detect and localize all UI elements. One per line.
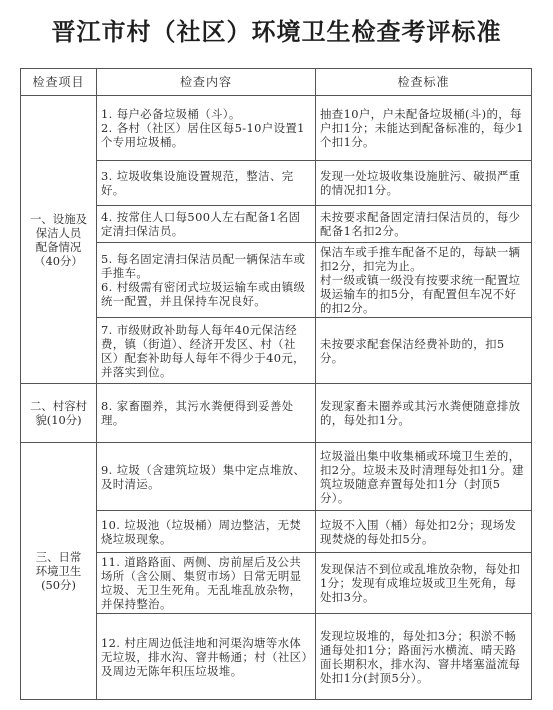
criteria-cell: 发现家畜未圈养或其污水粪便随意排放的，每处扣1分。: [316, 384, 532, 443]
category-cell-village-appearance: 二、村容村 貌(10分): [21, 384, 97, 443]
category-label-line: 一、设施及: [25, 212, 92, 226]
content-text: 11. 道路路面、两侧、房前屋后及公共场所（含公厕、集贸市场）日常无明显垃圾、无…: [101, 555, 311, 611]
criteria-text: 抽查10户，户未配备垃圾桶(斗)的，每户扣1分；未能达到配备标准的，每少1个扣1…: [320, 107, 527, 149]
table-header-row: 检查项目 检查内容 检查标准: [21, 69, 532, 96]
criteria-text: 发现家畜未圈养或其污水粪便随意排放的，每处扣1分。: [320, 399, 527, 427]
table-row: 3. 垃圾收集设施设置规范，整洁、完好。 发现一处垃圾收集设施脏污、破损严重的情…: [21, 161, 532, 206]
content-text: 2. 各村（社区）居住区每5-10户设置1个专用垃圾桶。: [101, 121, 311, 149]
criteria-text: 未按要求配套保洁经费补助的，扣5分。: [320, 337, 527, 365]
table-row: 一、设施及 保洁人员 配备情况 （40分） 1. 每户必备垃圾桶（斗）。 2. …: [21, 96, 532, 161]
criteria-cell: 未按要求配套保洁经费补助的，扣5分。: [316, 318, 532, 384]
content-cell: 8. 家畜圈养，其污水粪便得到妥善处理。: [97, 384, 316, 443]
table-row: 10. 垃圾池（垃圾桶）周边整洁，无焚烧垃圾现象。 垃圾不入围（桶）每处扣2分；…: [21, 511, 532, 553]
content-text: 1. 每户必备垃圾桶（斗）。: [101, 107, 311, 121]
category-label-line: (50分): [25, 578, 92, 592]
content-text: 7. 市级财政补助每人每年40元保洁经费，镇（街道）、经济开发区、村（社区）配套…: [101, 323, 311, 379]
criteria-text: 村一级或镇一级没有按要求统一配置垃圾运输车的扣5分，有配置但车况不好的扣2分。: [320, 273, 527, 315]
criteria-text: 保洁车或手推车配备不足的，每缺一辆扣2分，扣完为止。: [320, 245, 527, 273]
content-cell: 11. 道路路面、两侧、房前屋后及公共场所（含公厕、集贸市场）日常无明显垃圾、无…: [97, 553, 316, 614]
criteria-text: 未按要求配备固定清扫保洁员的，每少配备1名扣2分。: [320, 210, 527, 238]
content-text: 5. 每名固定清扫保洁员配一辆保洁车或手推车。: [101, 252, 311, 280]
category-label-line: 保洁人员: [25, 226, 92, 240]
table-row: 5. 每名固定清扫保洁员配一辆保洁车或手推车。 6. 村级需有密闭式垃圾运输车或…: [21, 243, 532, 318]
content-text: 6. 村级需有密闭式垃圾运输车或由镇级统一配置，并且保持车况良好。: [101, 280, 311, 308]
criteria-text: 发现一处垃圾收集设施脏污、破损严重的情况扣1分。: [320, 169, 527, 197]
header-inspection-criteria: 检查标准: [316, 69, 532, 96]
content-cell: 3. 垃圾收集设施设置规范，整洁、完好。: [97, 161, 316, 206]
content-text: 10. 垃圾池（垃圾桶）周边整洁，无焚烧垃圾现象。: [101, 518, 311, 546]
content-cell: 1. 每户必备垃圾桶（斗）。 2. 各村（社区）居住区每5-10户设置1个专用垃…: [97, 96, 316, 161]
category-cell-daily-sanitation: 三、日常 环境卫生 (50分): [21, 443, 97, 700]
content-cell: 9. 垃圾（含建筑垃圾）集中定点堆放、及时清运。: [97, 443, 316, 511]
table-row: 7. 市级财政补助每人每年40元保洁经费，镇（街道）、经济开发区、村（社区）配套…: [21, 318, 532, 384]
content-cell: 7. 市级财政补助每人每年40元保洁经费，镇（街道）、经济开发区、村（社区）配套…: [97, 318, 316, 384]
criteria-cell: 抽查10户，户未配备垃圾桶(斗)的，每户扣1分；未能达到配备标准的，每少1个扣1…: [316, 96, 532, 161]
content-cell: 5. 每名固定清扫保洁员配一辆保洁车或手推车。 6. 村级需有密闭式垃圾运输车或…: [97, 243, 316, 318]
table-row: 三、日常 环境卫生 (50分) 9. 垃圾（含建筑垃圾）集中定点堆放、及时清运。…: [21, 443, 532, 511]
header-inspection-content: 检查内容: [97, 69, 316, 96]
content-cell: 10. 垃圾池（垃圾桶）周边整洁，无焚烧垃圾现象。: [97, 511, 316, 553]
criteria-cell: 发现保洁不到位或乱堆放杂物，每处扣1分；发现有成堆垃圾或卫生死角，每处扣3分。: [316, 553, 532, 614]
content-text: 3. 垃圾收集设施设置规范，整洁、完好。: [101, 169, 311, 197]
content-text: 8. 家畜圈养，其污水粪便得到妥善处理。: [101, 399, 311, 427]
category-label-line: 配备情况: [25, 240, 92, 254]
table-row: 11. 道路路面、两侧、房前屋后及公共场所（含公厕、集贸市场）日常无明显垃圾、无…: [21, 553, 532, 614]
criteria-cell: 垃圾不入围（桶）每处扣2分；现场发现焚烧的每处扣5分。: [316, 511, 532, 553]
criteria-cell: 发现一处垃圾收集设施脏污、破损严重的情况扣1分。: [316, 161, 532, 206]
content-text: 9. 垃圾（含建筑垃圾）集中定点堆放、及时清运。: [101, 463, 311, 491]
criteria-cell: 保洁车或手推车配备不足的，每缺一辆扣2分，扣完为止。 村一级或镇一级没有按要求统…: [316, 243, 532, 318]
category-label-line: （40分）: [25, 254, 92, 268]
table-row: 12. 村庄周边低洼地和河渠沟塘等水体无垃圾，排水沟、窨井畅通；村（社区）及周边…: [21, 614, 532, 700]
criteria-text: 垃圾溢出集中收集桶或环境卫生差的，扣2分。垃圾未及时清理每处扣1分。建筑垃圾随意…: [320, 449, 527, 505]
content-cell: 4. 按常住人口每500人左右配备1名固定清扫保洁员。: [97, 206, 316, 243]
category-label-line: 二、村容村: [25, 399, 92, 413]
criteria-cell: 发现垃圾堆的，每处扣3分；积淤不畅通每处扣1分；路面污水横流、晴天路面长期积水，…: [316, 614, 532, 700]
table-row: 二、村容村 貌(10分) 8. 家畜圈养，其污水粪便得到妥善处理。 发现家畜未圈…: [21, 384, 532, 443]
criteria-text: 垃圾不入围（桶）每处扣2分；现场发现焚烧的每处扣5分。: [320, 518, 527, 546]
criteria-cell: 垃圾溢出集中收集桶或环境卫生差的，扣2分。垃圾未及时清理每处扣1分。建筑垃圾随意…: [316, 443, 532, 511]
document-title: 晋江市村（社区）环境卫生检查考评标准: [0, 12, 553, 47]
content-text: 4. 按常住人口每500人左右配备1名固定清扫保洁员。: [101, 210, 311, 238]
content-text: 12. 村庄周边低洼地和河渠沟塘等水体无垃圾，排水沟、窨井畅通；村（社区）及周边…: [101, 636, 311, 678]
criteria-text: 发现保洁不到位或乱堆放杂物，每处扣1分；发现有成堆垃圾或卫生死角，每处扣3分。: [320, 562, 527, 604]
content-cell: 12. 村庄周边低洼地和河渠沟塘等水体无垃圾，排水沟、窨井畅通；村（社区）及周边…: [97, 614, 316, 700]
category-label-line: 貌(10分): [25, 413, 92, 427]
table-row: 4. 按常住人口每500人左右配备1名固定清扫保洁员。 未按要求配备固定清扫保洁…: [21, 206, 532, 243]
inspection-standards-table: 检查项目 检查内容 检查标准 一、设施及 保洁人员 配备情况 （40分） 1. …: [20, 68, 532, 700]
category-label-line: 三、日常: [25, 550, 92, 564]
category-cell-facilities: 一、设施及 保洁人员 配备情况 （40分）: [21, 96, 97, 384]
category-label-line: 环境卫生: [25, 564, 92, 578]
header-inspection-item: 检查项目: [21, 69, 97, 96]
criteria-text: 发现垃圾堆的，每处扣3分；积淤不畅通每处扣1分；路面污水横流、晴天路面长期积水，…: [320, 629, 527, 685]
criteria-cell: 未按要求配备固定清扫保洁员的，每少配备1名扣2分。: [316, 206, 532, 243]
